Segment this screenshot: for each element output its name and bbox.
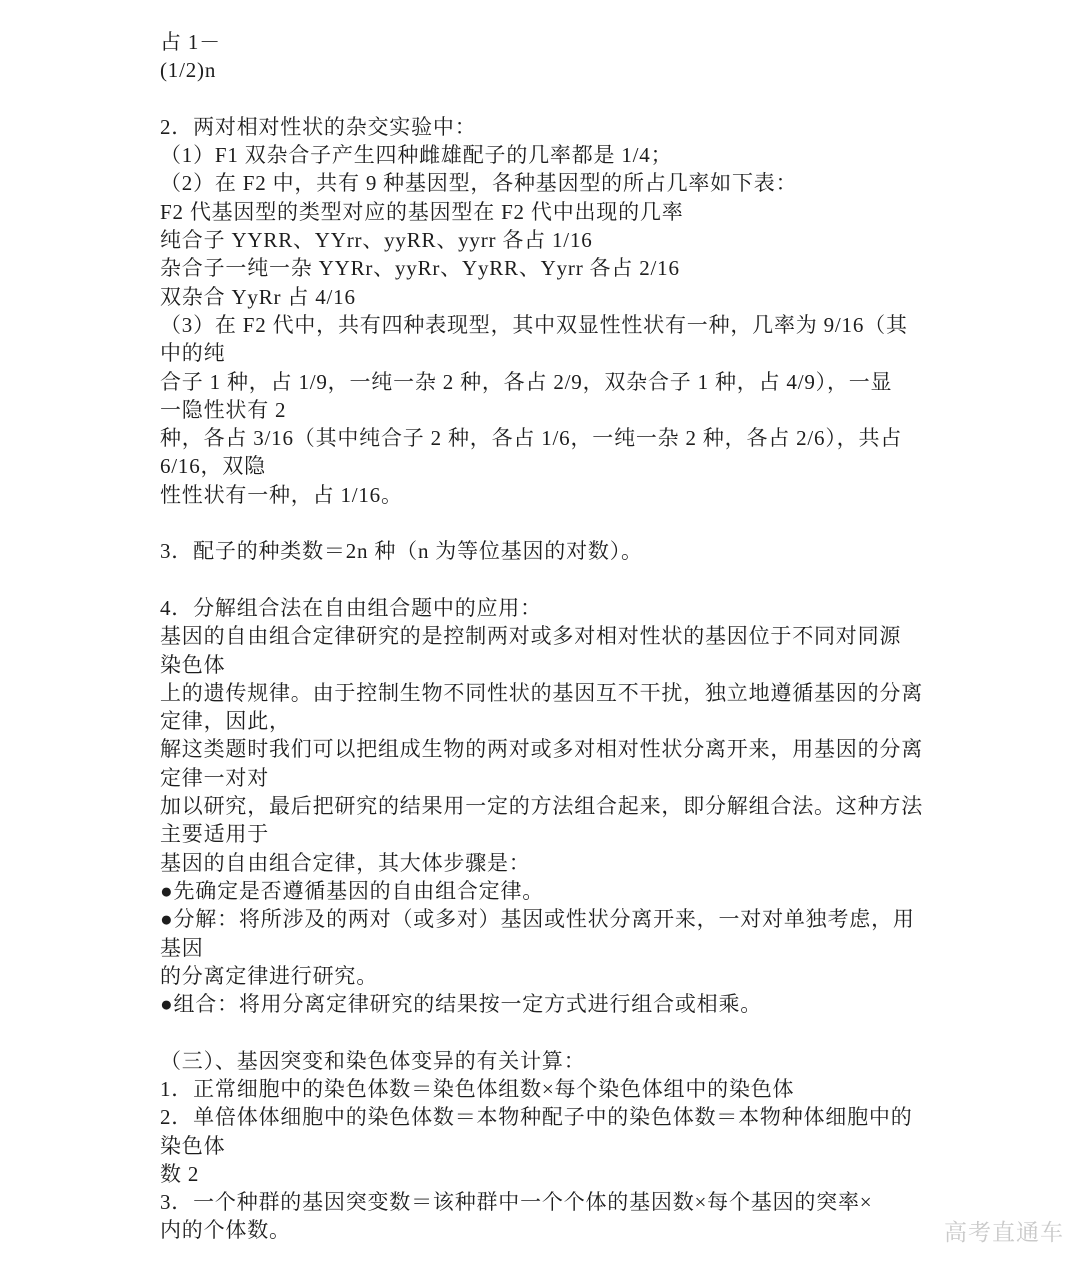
text-line: 染色体: [160, 1132, 960, 1160]
text-line: ●先确定是否遵循基因的自由组合定律。: [160, 877, 960, 905]
text-line: 一隐性状有 2: [160, 396, 960, 424]
text-line: 主要适用于: [160, 820, 960, 848]
text-line: 定律一对对: [160, 764, 960, 792]
text-line: （1）F1 双杂合子产生四种雌雄配子的几率都是 1/4；: [160, 141, 960, 169]
text-line: 种，各占 3/16（其中纯合子 2 种，各占 1/6，一纯一杂 2 种，各占 2…: [160, 424, 960, 452]
text-line: 1．正常细胞中的染色体数＝染色体组数×每个染色体组中的染色体: [160, 1075, 960, 1103]
text-line: 数 2: [160, 1160, 960, 1188]
text-line: 上的遗传规律。由于控制生物不同性状的基因互不干扰，独立地遵循基因的分离: [160, 679, 960, 707]
text-line: 双杂合 YyRr 占 4/16: [160, 283, 960, 311]
text-line: 3．一个种群的基因突变数＝该种群中一个个体的基因数×每个基因的突率×: [160, 1188, 960, 1216]
text-line: 2．单倍体体细胞中的染色体数＝本物种配子中的染色体数＝本物种体细胞中的: [160, 1103, 960, 1131]
text-line: 加以研究，最后把研究的结果用一定的方法组合起来，即分解组合法。这种方法: [160, 792, 960, 820]
text-line: （3）在 F2 代中，共有四种表现型，其中双显性性状有一种，几率为 9/16（其: [160, 311, 960, 339]
text-line: 基因的自由组合定律研究的是控制两对或多对相对性状的基因位于不同对同源: [160, 622, 960, 650]
text-line: (1/2)n: [160, 56, 960, 84]
text-line: 杂合子一纯一杂 YYRr、yyRr、YyRR、Yyrr 各占 2/16: [160, 254, 960, 282]
document-body: 占 1－(1/2)n2．两对相对性状的杂交实验中：（1）F1 双杂合子产生四种雌…: [160, 28, 960, 1245]
watermark: 高考直通车: [944, 1214, 1064, 1247]
text-line: F2 代基因型的类型对应的基因型在 F2 代中出现的几率: [160, 198, 960, 226]
text-line: （三）、基因突变和染色体变异的有关计算：: [160, 1047, 960, 1075]
page: 占 1－(1/2)n2．两对相对性状的杂交实验中：（1）F1 双杂合子产生四种雌…: [0, 0, 1080, 1275]
blank-line: [160, 1018, 960, 1046]
text-line: 纯合子 YYRR、YYrr、yyRR、yyrr 各占 1/16: [160, 226, 960, 254]
text-line: 4．分解组合法在自由组合题中的应用：: [160, 594, 960, 622]
text-line: 染色体: [160, 651, 960, 679]
blank-line: [160, 85, 960, 113]
text-line: 基因: [160, 934, 960, 962]
text-line: 性性状有一种，占 1/16。: [160, 481, 960, 509]
text-line: （2）在 F2 中，共有 9 种基因型，各种基因型的所占几率如下表：: [160, 169, 960, 197]
text-line: ●组合：将用分离定律研究的结果按一定方式进行组合或相乘。: [160, 990, 960, 1018]
text-line: 基因的自由组合定律，其大体步骤是：: [160, 849, 960, 877]
text-line: 3．配子的种类数＝2n 种（n 为等位基因的对数）。: [160, 537, 960, 565]
text-line: 占 1－: [160, 28, 960, 56]
text-line: ●分解：将所涉及的两对（或多对）基因或性状分离开来，一对对单独考虑，用: [160, 905, 960, 933]
text-line: 合子 1 种，占 1/9，一纯一杂 2 种，各占 2/9，双杂合子 1 种，占 …: [160, 368, 960, 396]
text-line: 6/16，双隐: [160, 452, 960, 480]
text-line: 定律，因此，: [160, 707, 960, 735]
text-line: 的分离定律进行研究。: [160, 962, 960, 990]
text-line: 中的纯: [160, 339, 960, 367]
blank-line: [160, 566, 960, 594]
text-line: 解这类题时我们可以把组成生物的两对或多对相对性状分离开来，用基因的分离: [160, 735, 960, 763]
text-line: 内的个体数。: [160, 1216, 960, 1244]
blank-line: [160, 509, 960, 537]
text-line: 2．两对相对性状的杂交实验中：: [160, 113, 960, 141]
